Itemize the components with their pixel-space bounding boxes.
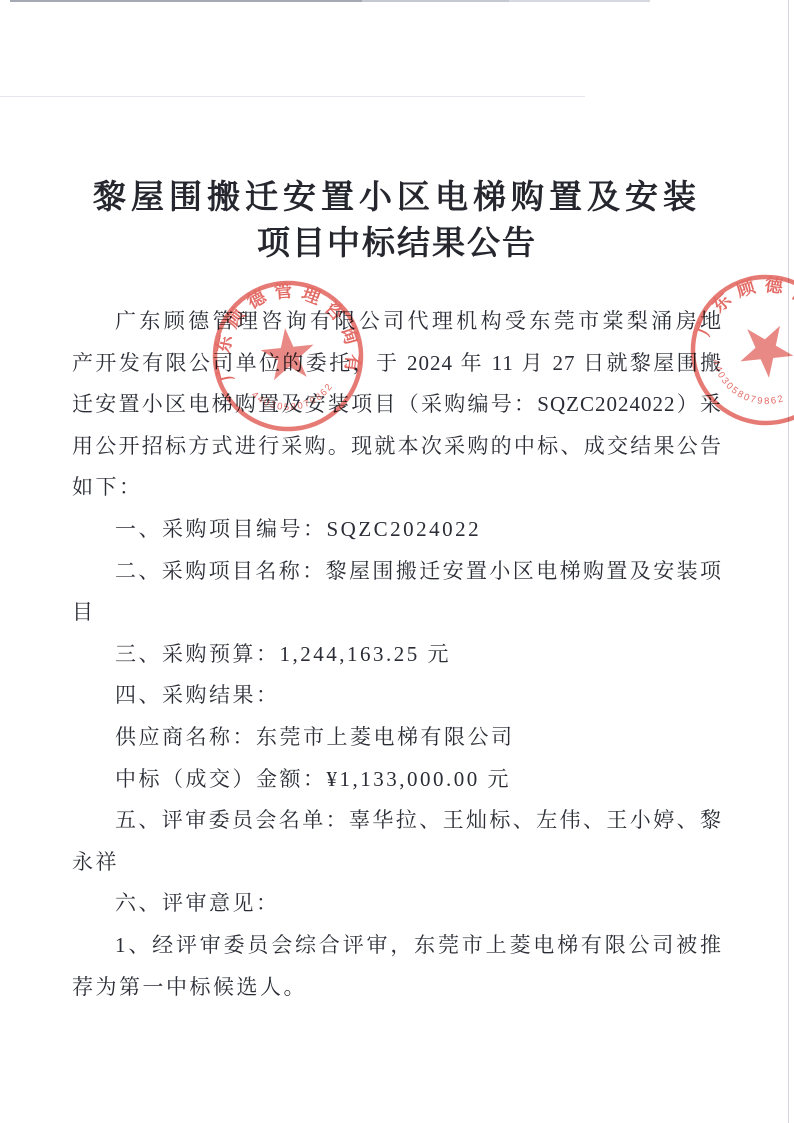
text-line: 五、评审委员会名单：辜华拉、王灿标、左伟、王小婷、黎 bbox=[72, 800, 722, 842]
text-line: 六、评审意见： bbox=[72, 883, 722, 925]
document-body: 广东顾德管理咨询有限公司代理机构受东莞市棠梨涌房地产开发有限公司单位的委托，于 … bbox=[72, 301, 722, 1008]
text-line: 二、采购项目名称：黎屋围搬迁安置小区电梯购置及安装项 bbox=[72, 551, 722, 593]
scan-artifact-top-edge bbox=[10, 0, 650, 2]
text-line: 中标（成交）金额：¥1,133,000.00 元 bbox=[72, 759, 722, 801]
text-line: 四、采购结果： bbox=[72, 675, 722, 717]
text-line: 三、采购预算：1,244,163.25 元 bbox=[72, 634, 722, 676]
scanned-document-page: 黎屋围搬迁安置小区电梯购置及安装 项目中标结果公告 广东顾德管理咨询有限公司代理… bbox=[0, 0, 794, 1123]
text-line: 永祥 bbox=[72, 842, 722, 884]
scan-artifact-horizontal-line bbox=[0, 96, 585, 97]
text-line: 荐为第一中标候选人。 bbox=[72, 967, 722, 1009]
text-line: 如下： bbox=[72, 467, 722, 509]
star-icon bbox=[732, 312, 794, 383]
text-line: 一、采购项目编号：SQZC2024022 bbox=[72, 509, 722, 551]
text-line: 广东顾德管理咨询有限公司代理机构受东莞市棠梨涌房地 bbox=[72, 301, 722, 343]
text-line: 供应商名称：东莞市上菱电梯有限公司 bbox=[72, 717, 722, 759]
title-line-2: 项目中标结果公告 bbox=[0, 221, 794, 267]
text-line: 用公开招标方式进行采购。现就本次采购的中标、成交结果公告 bbox=[72, 426, 722, 468]
text-line: 迁安置小区电梯购置及安装项目（采购编号：SQZC2024022）采 bbox=[72, 384, 722, 426]
scan-artifact-page-edge-line bbox=[788, 0, 789, 1123]
title-line-1: 黎屋围搬迁安置小区电梯购置及安装 bbox=[0, 175, 794, 221]
document-title: 黎屋围搬迁安置小区电梯购置及安装 项目中标结果公告 bbox=[0, 175, 794, 267]
text-line: 1、经评审委员会综合评审，东莞市上菱电梯有限公司被推 bbox=[72, 925, 722, 967]
text-line: 产开发有限公司单位的委托，于 2024 年 11 月 27 日就黎屋围搬 bbox=[72, 343, 722, 385]
text-line: 目 bbox=[72, 592, 722, 634]
